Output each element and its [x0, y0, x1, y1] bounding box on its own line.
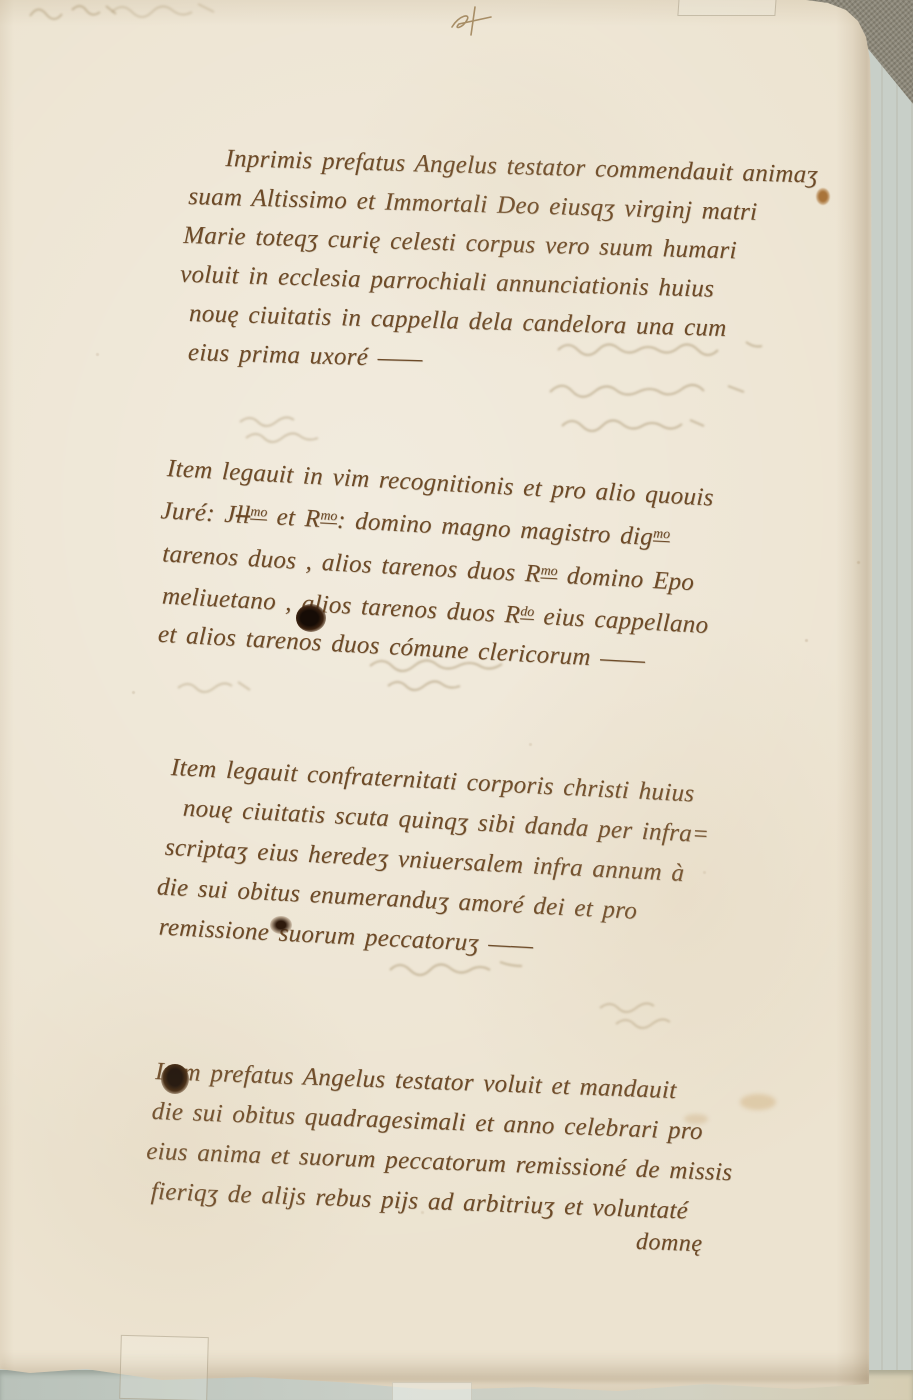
stain-smudge: [740, 1094, 776, 1110]
paper-speckles: [0, 0, 1, 1]
show-through-marks: [26, 0, 122, 26]
ink-blot: [296, 604, 326, 632]
ink-blot: [161, 1064, 189, 1094]
show-through-marks: [236, 410, 356, 446]
tape-tab-bottom: [119, 1335, 209, 1400]
show-through-marks: [110, 0, 220, 20]
tape-tab-top: [677, 0, 776, 16]
manuscript-scan: Inprimis prefatus Angelus testator comme…: [0, 0, 913, 1400]
show-through-marks: [388, 956, 528, 982]
manuscript-page: Inprimis prefatus Angelus testator comme…: [0, 0, 872, 1396]
show-through-marks: [556, 336, 766, 360]
show-through-marks: [596, 996, 716, 1030]
show-through-marks: [368, 652, 538, 696]
stain-smudge: [684, 1114, 708, 1124]
catchword: domnę: [636, 1229, 703, 1258]
testament-paragraph-masses: Item prefatus Angelus testator voluit et…: [150, 1052, 736, 1233]
tape-tab-bottom-small: [392, 1382, 472, 1400]
show-through-marks: [548, 380, 748, 404]
invocation-cross-icon: [446, 4, 500, 40]
stain-spot: [816, 188, 830, 205]
testament-paragraph-legacy-tareni: Item legauit in vim recognitionis et pro…: [157, 450, 716, 683]
testament-paragraph-confraternity: Item legauit confraternitati corporis ch…: [162, 748, 712, 975]
show-through-marks: [560, 412, 710, 436]
fold-shadow: [836, 0, 872, 1396]
ink-blot: [270, 916, 292, 934]
show-through-marks: [176, 676, 256, 698]
